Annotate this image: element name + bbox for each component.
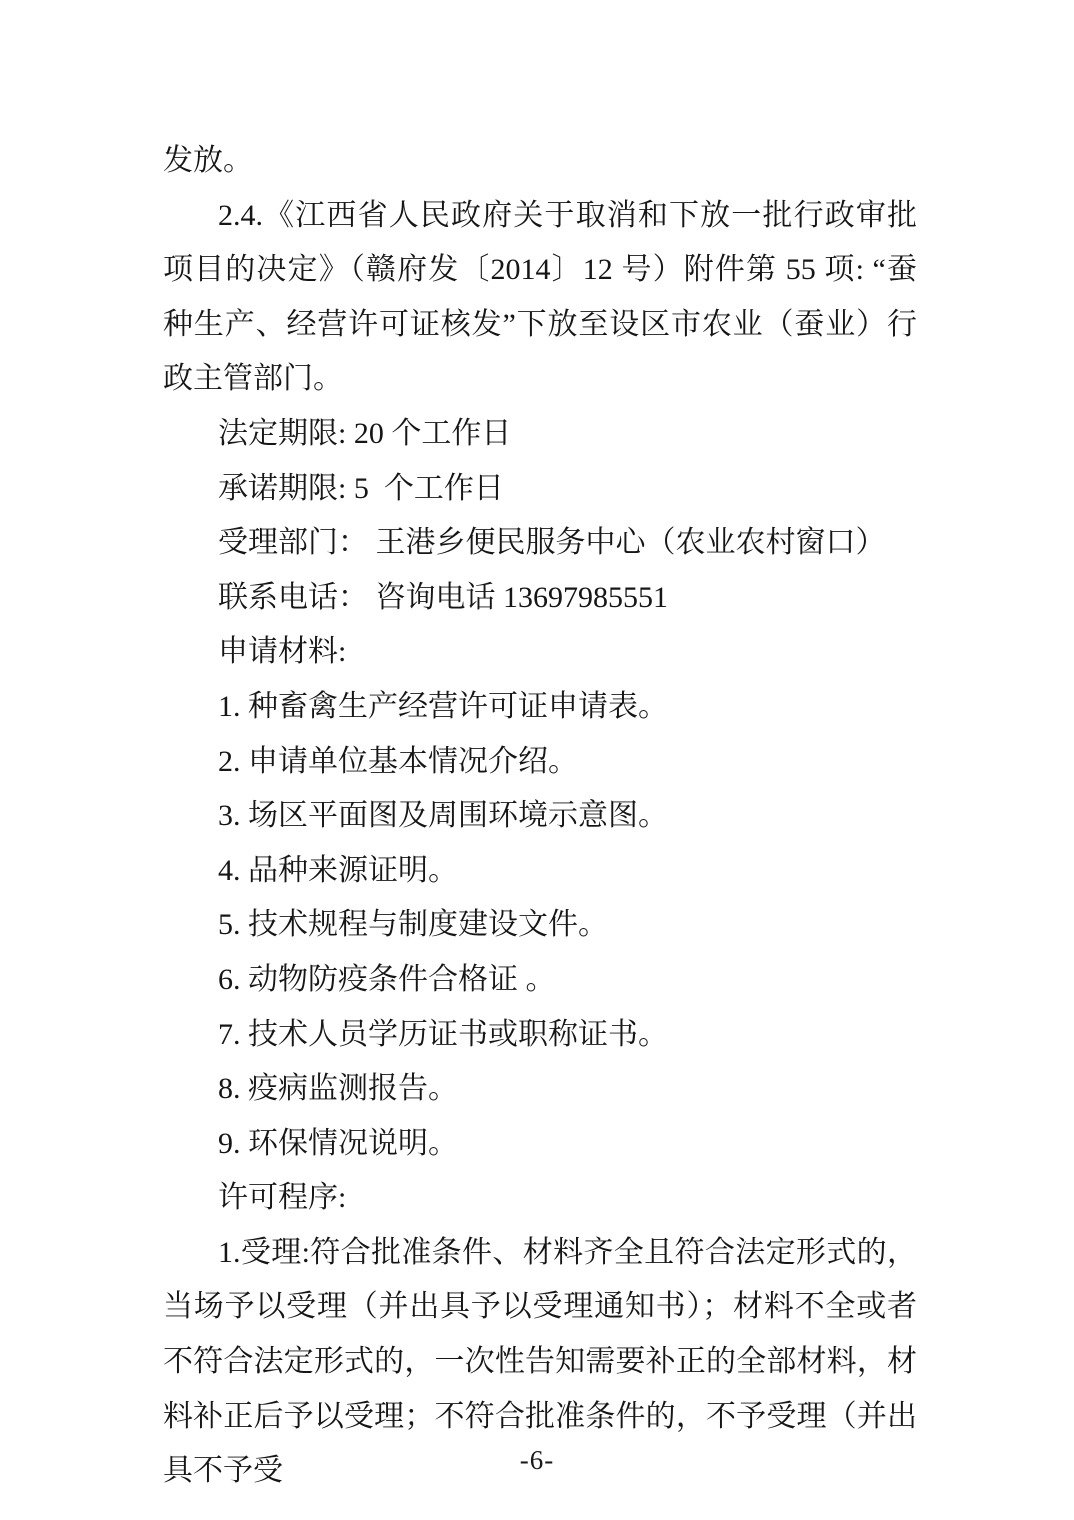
material-item: 3. 场区平面图及周围环境示意图。 — [163, 789, 917, 844]
materials-list: 1. 种畜禽生产经营许可证申请表。 2. 申请单位基本情况介绍。 3. 场区平面… — [163, 680, 917, 1171]
document-page: 发放。 2.4.《江西省人民政府关于取消和下放一批行政审批项目的决定》（赣府发〔… — [0, 0, 1074, 1520]
material-item: 8. 疫病监测报告。 — [163, 1062, 917, 1117]
material-item: 1. 种畜禽生产经营许可证申请表。 — [163, 680, 917, 735]
clause-2-4-paragraph: 2.4.《江西省人民政府关于取消和下放一批行政审批项目的决定》（赣府发〔2014… — [163, 189, 917, 407]
material-item: 7. 技术人员学历证书或职称证书。 — [163, 1008, 917, 1063]
paragraph-continuation-line: 发放。 — [163, 134, 917, 189]
material-item: 5. 技术规程与制度建设文件。 — [163, 898, 917, 953]
contact-phone-line: 联系电话： 咨询电话 13697985551 — [163, 571, 917, 626]
document-body: 发放。 2.4.《江西省人民政府关于取消和下放一批行政审批项目的决定》（赣府发〔… — [163, 134, 917, 1499]
page-number: -6- — [0, 1445, 1074, 1476]
procedure-heading: 许可程序: — [163, 1171, 917, 1226]
accepting-department-line: 受理部门： 王港乡便民服务中心（农业农村窗口） — [163, 516, 917, 571]
promise-deadline-line: 承诺期限: 5 个工作日 — [163, 462, 917, 517]
material-item: 9. 环保情况说明。 — [163, 1117, 917, 1172]
legal-deadline-line: 法定期限: 20 个工作日 — [163, 407, 917, 462]
materials-heading: 申请材料: — [163, 625, 917, 680]
material-item: 2. 申请单位基本情况介绍。 — [163, 735, 917, 790]
material-item: 4. 品种来源证明。 — [163, 844, 917, 899]
material-item: 6. 动物防疫条件合格证 。 — [163, 953, 917, 1008]
